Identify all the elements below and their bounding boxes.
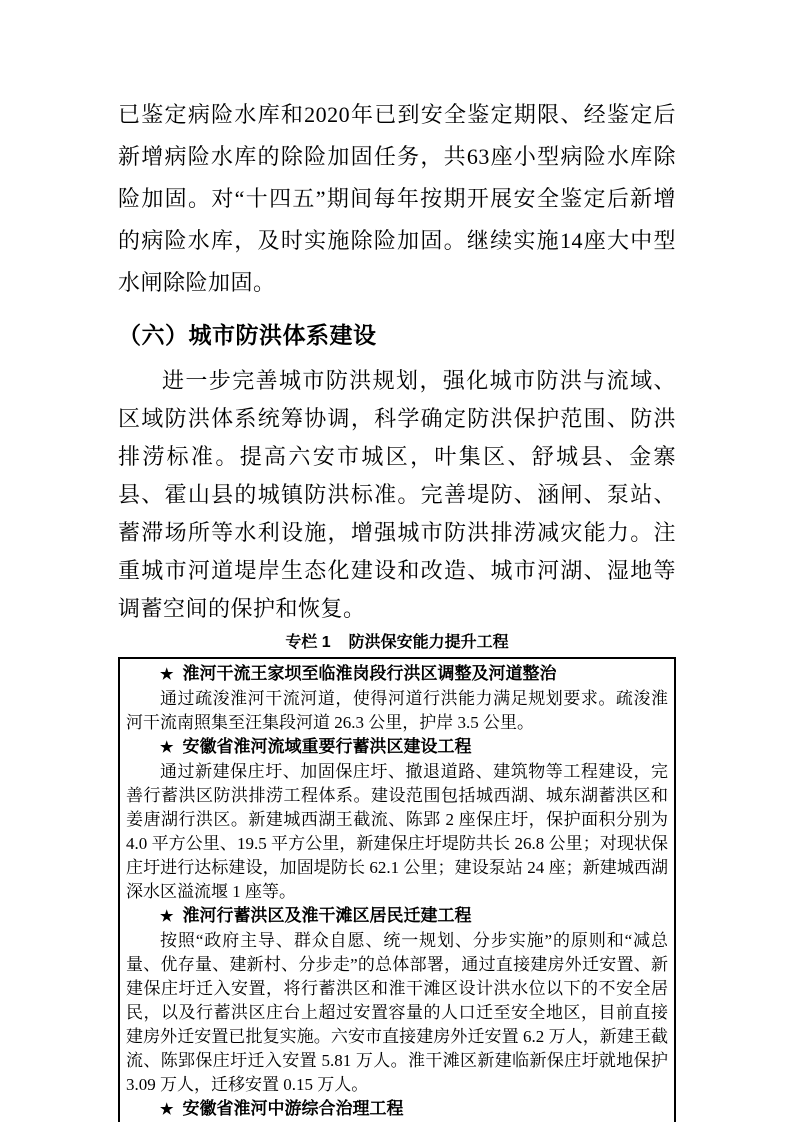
column-box: ★淮河干流王家坝至临淮岗段行洪区调整及河道整治 通过疏浚淮河干流河道，使得河道行… — [118, 657, 676, 1122]
box-heading-text: 安徽省淮河流域重要行蓄洪区建设工程 — [182, 737, 471, 756]
star-icon: ★ — [160, 909, 173, 925]
section-heading: （六）城市防洪体系建设 — [118, 318, 676, 352]
paragraph-continuation: 已鉴定病险水库和2020年已到安全鉴定期限、经鉴定后新增病险水库的除险加固任务，… — [118, 94, 676, 304]
box-item-heading: ★淮河行蓄洪区及淮干滩区居民迁建工程 — [126, 904, 668, 929]
box-item-heading: ★淮河干流王家坝至临淮岗段行洪区调整及河道整治 — [126, 662, 668, 687]
document-page: 已鉴定病险水库和2020年已到安全鉴定期限、经鉴定后新增病险水库的除险加固任务，… — [0, 0, 793, 1122]
box-caption: 专栏 1防洪保安能力提升工程 — [118, 632, 676, 654]
box-caption-title: 防洪保安能力提升工程 — [349, 634, 509, 651]
star-icon: ★ — [160, 667, 173, 683]
box-item-heading: ★安徽省淮河流域重要行蓄洪区建设工程 — [126, 735, 668, 760]
box-heading-text: 淮河行蓄洪区及淮干滩区居民迁建工程 — [182, 906, 471, 925]
body-paragraph: 进一步完善城市防洪规划，强化城市防洪与流域、区域防洪体系统筹协调，科学确定防洪保… — [118, 362, 676, 628]
box-item-body: 通过疏浚淮河干流河道，使得河道行洪能力满足规划要求。疏浚淮河干流南照集至汪集段河… — [126, 687, 668, 735]
box-heading-text: 淮河干流王家坝至临淮岗段行洪区调整及河道整治 — [182, 664, 556, 683]
box-item-heading: ★安徽省淮河中游综合治理工程 — [126, 1097, 668, 1122]
box-item-body: 按照“政府主导、群众自愿、统一规划、分步实施”的原则和“减总量、优存量、建新村、… — [126, 929, 668, 1097]
box-caption-label: 专栏 1 — [285, 634, 330, 651]
box-item-body: 通过新建保庄圩、加固保庄圩、撤退道路、建筑物等工程建设，完善行蓄洪区防洪排涝工程… — [126, 760, 668, 904]
box-heading-text: 安徽省淮河中游综合治理工程 — [182, 1099, 403, 1118]
star-icon: ★ — [160, 740, 173, 756]
star-icon: ★ — [160, 1102, 173, 1118]
